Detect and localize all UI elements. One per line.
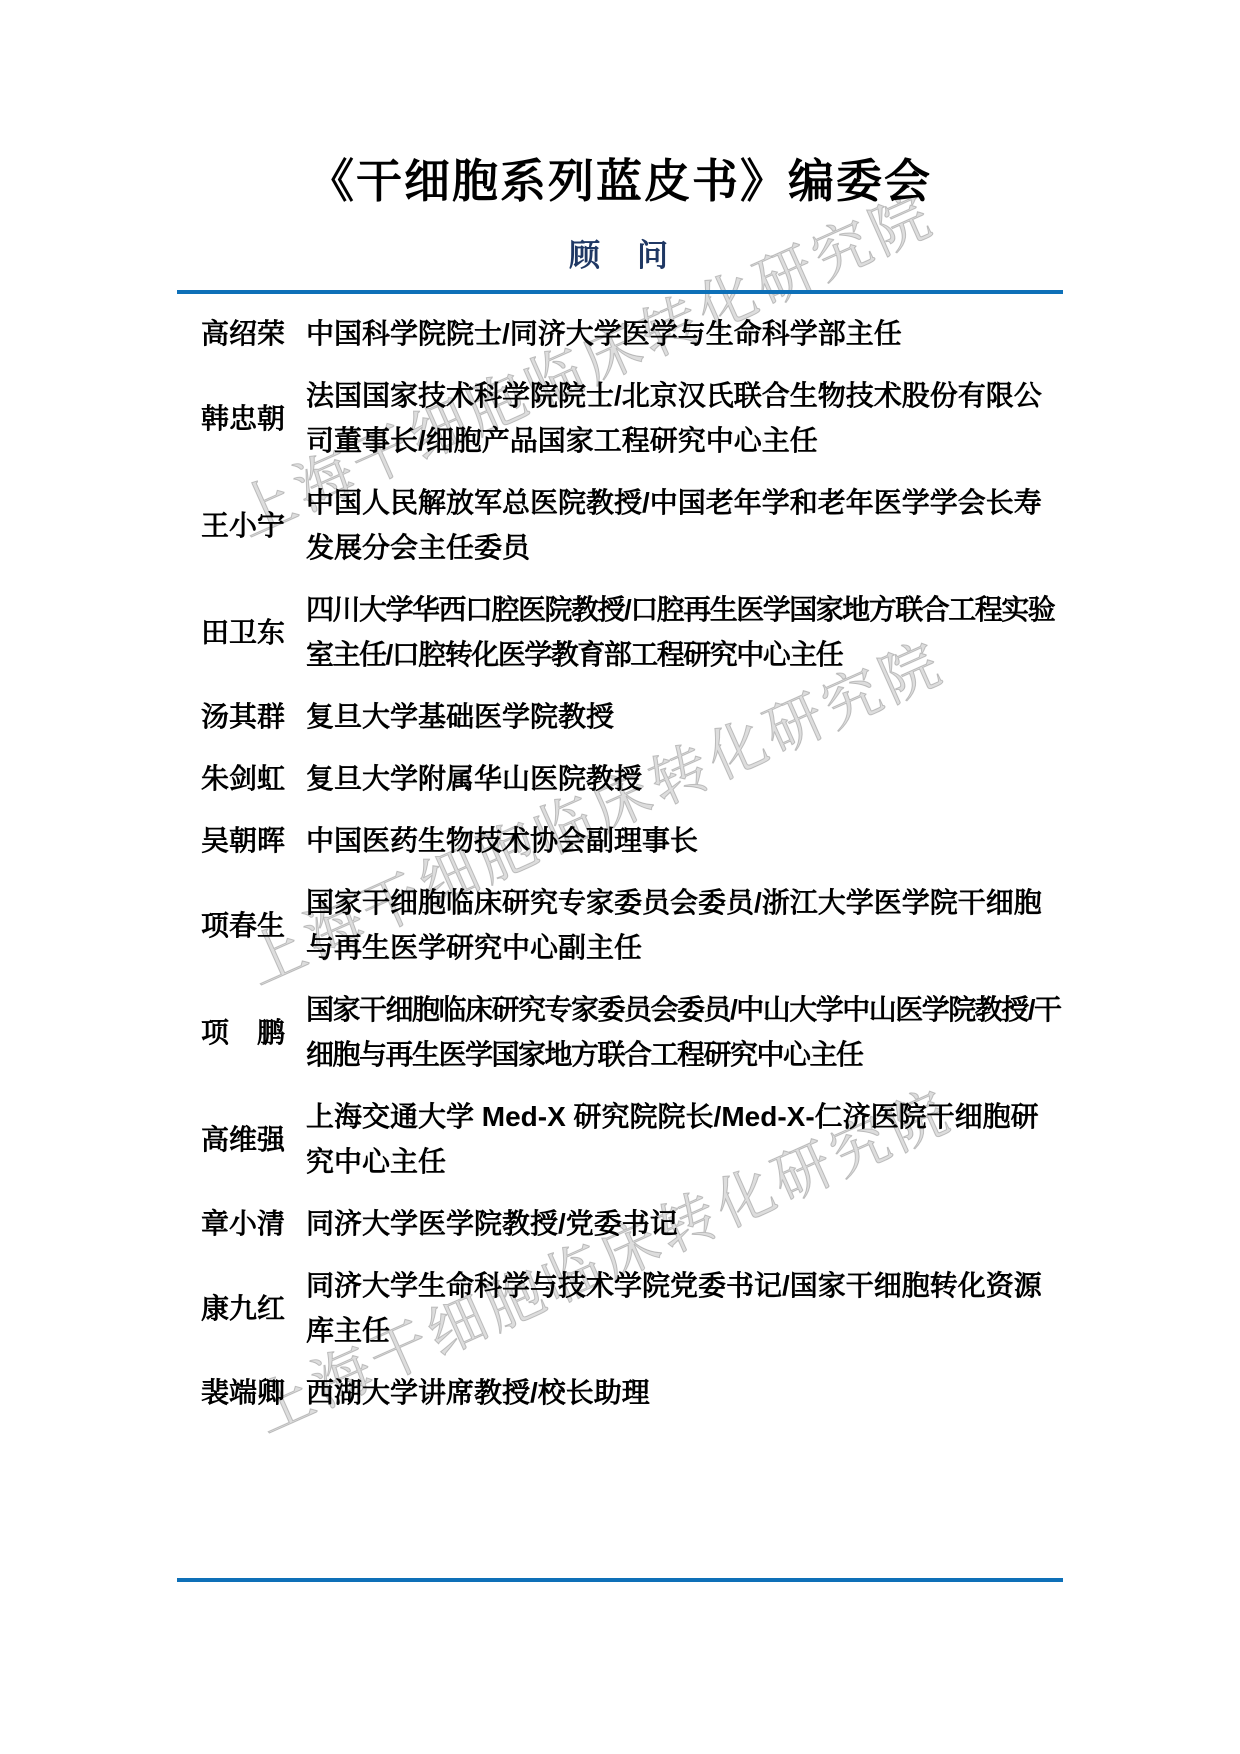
advisor-description: 中国人民解放军总医院教授/中国老年学和老年医学学会长寿发展分会主任委员: [306, 480, 1063, 570]
advisor-name: 王小宁: [201, 503, 306, 548]
advisor-name: 田卫东: [201, 610, 306, 655]
document-page: 上海干细胞临床转化研究院 上海干细胞临床转化研究院 上海干细胞临床转化研究院 《…: [0, 0, 1240, 1754]
advisor-description: 上海交通大学 Med-X 研究院院长/Med-X-仁济医院干细胞研究中心主任: [306, 1094, 1063, 1184]
divider-bottom: [177, 1578, 1063, 1582]
advisor-row: 康九红 同济大学生命科学与技术学院党委书记/国家干细胞转化资源库主任: [201, 1263, 1063, 1353]
advisor-row: 高绍荣 中国科学院院士/同济大学医学与生命科学部主任: [201, 311, 1063, 356]
advisor-name: 高维强: [201, 1117, 306, 1162]
advisor-row: 汤其群 复旦大学基础医学院教授: [201, 694, 1063, 739]
advisor-row: 田卫东 四川大学华西口腔医院教授/口腔再生医学国家地方联合工程实验室主任/口腔转…: [201, 587, 1063, 677]
advisor-name: 韩忠朝: [201, 396, 306, 441]
advisor-row: 韩忠朝 法国国家技术科学院院士/北京汉氏联合生物技术股份有限公司董事长/细胞产品…: [201, 373, 1063, 463]
advisor-description: 法国国家技术科学院院士/北京汉氏联合生物技术股份有限公司董事长/细胞产品国家工程…: [306, 373, 1063, 463]
page-content: 《干细胞系列蓝皮书》编委会 顾 问 高绍荣 中国科学院院士/同济大学医学与生命科…: [0, 150, 1240, 1415]
advisor-name: 朱剑虹: [201, 756, 306, 801]
advisor-description: 中国医药生物技术协会副理事长: [306, 818, 1063, 863]
advisor-name: 项 鹏: [201, 1010, 306, 1055]
advisor-row: 高维强 上海交通大学 Med-X 研究院院长/Med-X-仁济医院干细胞研究中心…: [201, 1094, 1063, 1184]
advisor-description: 中国科学院院士/同济大学医学与生命科学部主任: [306, 311, 1063, 356]
advisor-row: 王小宁 中国人民解放军总医院教授/中国老年学和老年医学学会长寿发展分会主任委员: [201, 480, 1063, 570]
advisor-row: 项春生 国家干细胞临床研究专家委员会委员/浙江大学医学院干细胞与再生医学研究中心…: [201, 880, 1063, 970]
advisor-row: 吴朝晖 中国医药生物技术协会副理事长: [201, 818, 1063, 863]
page-title: 《干细胞系列蓝皮书》编委会: [0, 150, 1240, 212]
advisor-row: 朱剑虹 复旦大学附属华山医院教授: [201, 756, 1063, 801]
advisor-name: 章小清: [201, 1201, 306, 1246]
advisor-description: 国家干细胞临床研究专家委员会委员/浙江大学医学院干细胞与再生医学研究中心副主任: [306, 880, 1063, 970]
advisor-name: 项春生: [201, 903, 306, 948]
advisor-description: 同济大学医学院教授/党委书记: [306, 1201, 1063, 1246]
advisor-description: 四川大学华西口腔医院教授/口腔再生医学国家地方联合工程实验室主任/口腔转化医学教…: [306, 587, 1063, 677]
advisor-row: 项 鹏 国家干细胞临床研究专家委员会委员/中山大学中山医学院教授/干细胞与再生医…: [201, 987, 1063, 1077]
advisor-row: 章小清 同济大学医学院教授/党委书记: [201, 1201, 1063, 1246]
advisor-name: 吴朝晖: [201, 818, 306, 863]
advisor-name: 裴端卿: [201, 1370, 306, 1415]
advisor-description: 复旦大学基础医学院教授: [306, 694, 1063, 739]
advisor-name: 康九红: [201, 1286, 306, 1331]
section-heading-advisors: 顾 问: [0, 236, 1240, 276]
advisor-name: 汤其群: [201, 694, 306, 739]
advisor-description: 西湖大学讲席教授/校长助理: [306, 1370, 1063, 1415]
advisor-description: 复旦大学附属华山医院教授: [306, 756, 1063, 801]
advisor-description: 同济大学生命科学与技术学院党委书记/国家干细胞转化资源库主任: [306, 1263, 1063, 1353]
advisor-description: 国家干细胞临床研究专家委员会委员/中山大学中山医学院教授/干细胞与再生医学国家地…: [306, 987, 1063, 1077]
advisor-name: 高绍荣: [201, 311, 306, 356]
divider-top: [177, 290, 1063, 294]
advisor-list: 高绍荣 中国科学院院士/同济大学医学与生命科学部主任 韩忠朝 法国国家技术科学院…: [201, 311, 1063, 1415]
advisor-row: 裴端卿 西湖大学讲席教授/校长助理: [201, 1370, 1063, 1415]
